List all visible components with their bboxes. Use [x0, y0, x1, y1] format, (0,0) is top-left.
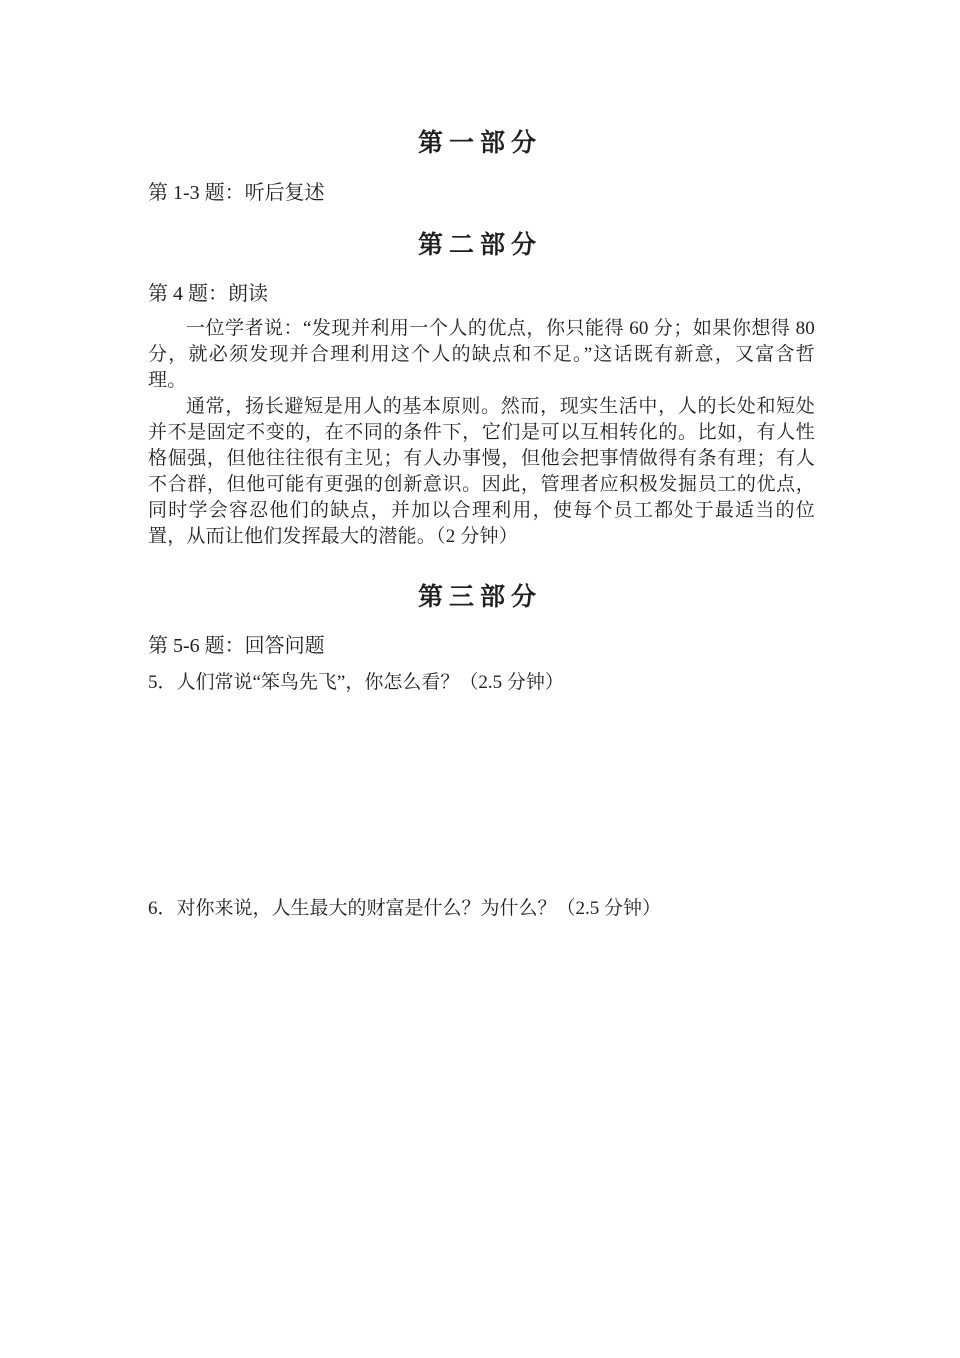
part2-title: 第二部分 — [0, 231, 960, 261]
document-page: 第一部分 第 1-3 题：听后复述 第二部分 第 4 题：朗读 一位学者说：“发… — [0, 0, 960, 1358]
passage-paragraph-1: 一位学者说：“发现并利用一个人的优点，你只能得 60 分；如果你想得 80 分，… — [148, 316, 815, 394]
passage-paragraph-2: 通常，扬长避短是用人的基本原则。然而，现实生活中，人的长处和短处并不是固定不变的… — [148, 394, 815, 550]
part1-heading: 第 1-3 题：听后复述 — [148, 181, 325, 206]
reading-passage: 一位学者说：“发现并利用一个人的优点，你只能得 60 分；如果你想得 80 分，… — [148, 316, 815, 550]
part2-heading: 第 4 题：朗读 — [148, 282, 268, 307]
part3-title: 第三部分 — [0, 583, 960, 613]
question-6: 6．对你来说，人生最大的财富是什么？为什么？（2.5 分钟） — [148, 897, 828, 922]
part3-heading: 第 5-6 题：回答问题 — [148, 634, 325, 659]
question-5: 5．人们常说“笨鸟先飞”，你怎么看？（2.5 分钟） — [148, 671, 828, 696]
part1-title: 第一部分 — [0, 129, 960, 159]
